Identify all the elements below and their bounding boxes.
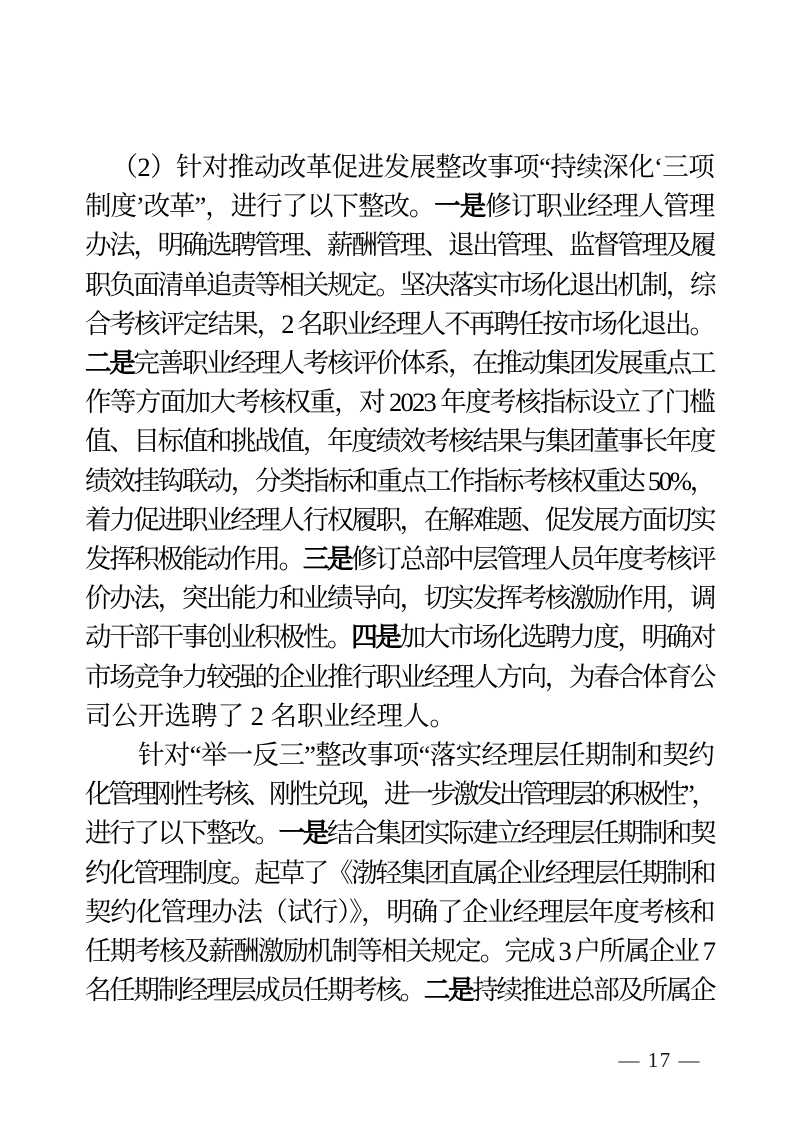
text-line: 进行了以下整改。一是结合集团实际建立经理层任期制和契 bbox=[85, 814, 714, 853]
document-body: （2）针对推动改革促进发展整改事项“持续深化‘三项制度’改革”，进行了以下整改。… bbox=[85, 148, 714, 1010]
text-line: 市场竞争力较强的企业推行职业经理人方向，为春合体育公 bbox=[85, 658, 714, 697]
paragraph: 针对“举一反三”整改事项“落实经理层任期制和契约化管理刚性考核、刚性兑现，进一步… bbox=[85, 736, 714, 1010]
text-run: 制度’改革”，进行了以下整改。 bbox=[85, 191, 434, 221]
text-run: 契约化管理办法（试行）》，明确了企业经理层年度考核和 bbox=[85, 897, 714, 927]
text-run: （2）针对推动改革促进发展整改事项“持续深化‘三项 bbox=[112, 152, 715, 182]
text-run: 约化管理制度。起草了《渤轻集团直属企业经理层任期制和 bbox=[85, 858, 714, 888]
text-line: 约化管理制度。起草了《渤轻集团直属企业经理层任期制和 bbox=[85, 854, 714, 893]
text-line: 动干部干事创业积极性。四是加大市场化选聘力度，明确对 bbox=[85, 618, 714, 657]
text-run: 针对“举一反三”整改事项“落实经理层任期制和契约 bbox=[138, 740, 714, 770]
text-run: 名任期制经理层成员任期考核。 bbox=[85, 975, 424, 1005]
text-run: 价办法，突出能力和业绩导向，切实发挥考核激励作用，调 bbox=[85, 583, 714, 613]
text-run: 修订职业经理人管理 bbox=[485, 191, 714, 221]
emphasis-run: 四是 bbox=[351, 622, 399, 652]
emphasis-run: 一是 bbox=[434, 191, 485, 221]
text-run: 任期考核及薪酬激励机制等相关规定。完成 3 户所属企业 7 bbox=[85, 936, 714, 966]
text-line: 职负面清单追责等相关规定。坚决落实市场化退出机制，综 bbox=[85, 266, 714, 305]
text-line: 绩效挂钩联动，分类指标和重点工作指标考核权重达 50%， bbox=[85, 462, 714, 501]
text-line: 值、目标值和挑战值，年度绩效考核结果与集团董事长年度 bbox=[85, 422, 714, 461]
text-line: 司公开选聘了 2 名职业经理人。 bbox=[85, 697, 714, 736]
page-number: — 17 — bbox=[619, 1048, 702, 1073]
text-run: 市场竞争力较强的企业推行职业经理人方向，为春合体育公 bbox=[85, 662, 714, 692]
text-run: 加大市场化选聘力度，明确对 bbox=[400, 622, 714, 652]
text-line: 作等方面加大考核权重，对 2023 年度考核指标设立了门槛 bbox=[85, 383, 714, 422]
text-line: 制度’改革”，进行了以下整改。一是修订职业经理人管理 bbox=[85, 187, 714, 226]
text-line: 契约化管理办法（试行）》，明确了企业经理层年度考核和 bbox=[85, 893, 714, 932]
emphasis-run: 三是 bbox=[303, 544, 351, 574]
text-run: 绩效挂钩联动，分类指标和重点工作指标考核权重达 50%， bbox=[85, 466, 714, 496]
text-line: 合考核评定结果，2 名职业经理人不再聘任按市场化退出。 bbox=[85, 305, 714, 344]
text-run: 值、目标值和挑战值，年度绩效考核结果与集团董事长年度 bbox=[85, 426, 714, 456]
text-line: （2）针对推动改革促进发展整改事项“持续深化‘三项 bbox=[85, 148, 714, 187]
text-run: 修订总部中层管理人员年度考核评 bbox=[351, 544, 714, 574]
text-run: 持续推进总部及所属企 bbox=[472, 975, 714, 1005]
text-run: 动干部干事创业积极性。 bbox=[85, 622, 351, 652]
text-run: 司公开选聘了 2 名职业经理人。 bbox=[85, 701, 456, 731]
text-line: 着力促进职业经理人行权履职，在解难题、促发展方面切实 bbox=[85, 501, 714, 540]
emphasis-run: 一是 bbox=[279, 818, 327, 848]
emphasis-run: 二是 bbox=[424, 975, 472, 1005]
text-run: 作等方面加大考核权重，对 2023 年度考核指标设立了门槛 bbox=[85, 387, 714, 417]
paragraph: （2）针对推动改革促进发展整改事项“持续深化‘三项制度’改革”，进行了以下整改。… bbox=[85, 148, 714, 736]
text-line: 办法，明确选聘管理、薪酬管理、退出管理、监督管理及履 bbox=[85, 226, 714, 265]
text-line: 价办法，突出能力和业绩导向，切实发挥考核激励作用，调 bbox=[85, 579, 714, 618]
text-run: 合考核评定结果，2 名职业经理人不再聘任按市场化退出。 bbox=[85, 309, 714, 339]
text-run: 化管理刚性考核、刚性兑现，进一步激发出管理层的积极性”， bbox=[85, 779, 714, 809]
text-line: 针对“举一反三”整改事项“落实经理层任期制和契约 bbox=[85, 736, 714, 775]
text-line: 二是完善职业经理人考核评价体系，在推动集团发展重点工 bbox=[85, 344, 714, 383]
text-line: 任期考核及薪酬激励机制等相关规定。完成 3 户所属企业 7 bbox=[85, 932, 714, 971]
document-page: （2）针对推动改革促进发展整改事项“持续深化‘三项制度’改革”，进行了以下整改。… bbox=[0, 0, 800, 1131]
text-run: 进行了以下整改。 bbox=[85, 818, 279, 848]
text-run: 着力促进职业经理人行权履职，在解难题、促发展方面切实 bbox=[85, 505, 714, 535]
text-line: 名任期制经理层成员任期考核。二是持续推进总部及所属企 bbox=[85, 971, 714, 1010]
text-line: 化管理刚性考核、刚性兑现，进一步激发出管理层的积极性”， bbox=[85, 775, 714, 814]
text-run: 完善职业经理人考核评价体系，在推动集团发展重点工 bbox=[133, 348, 714, 378]
text-run: 办法，明确选聘管理、薪酬管理、退出管理、监督管理及履 bbox=[85, 230, 714, 260]
text-run: 结合集团实际建立经理层任期制和契 bbox=[327, 818, 714, 848]
text-run: 发挥积极能动作用。 bbox=[85, 544, 303, 574]
text-run: 职负面清单追责等相关规定。坚决落实市场化退出机制，综 bbox=[85, 270, 714, 300]
emphasis-run: 二是 bbox=[85, 348, 133, 378]
text-line: 发挥积极能动作用。三是修订总部中层管理人员年度考核评 bbox=[85, 540, 714, 579]
